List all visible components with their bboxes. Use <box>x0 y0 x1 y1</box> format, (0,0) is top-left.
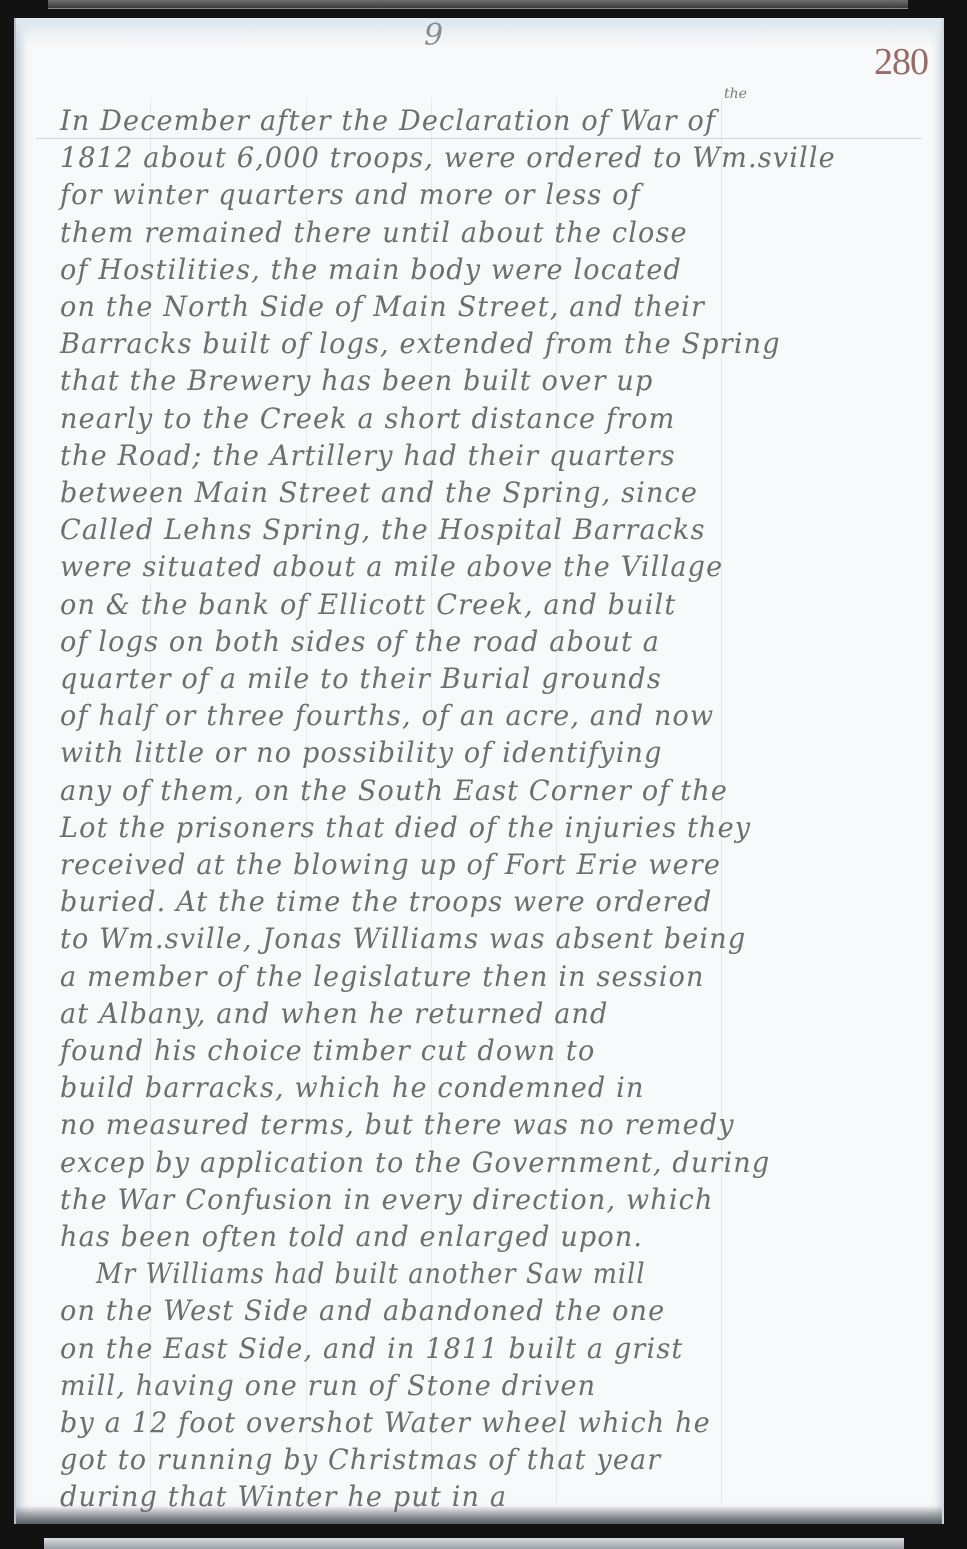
manuscript-line: any of them, on the South East Corner of… <box>60 772 910 809</box>
manuscript-line: on & the bank of Ellicott Creek, and bui… <box>60 586 910 623</box>
manuscript-line: of logs on both sides of the road about … <box>60 623 910 660</box>
manuscript-line: buried. At the time the troops were orde… <box>60 883 910 920</box>
adjacent-page-edge-top <box>48 0 908 9</box>
interlinear-insertion: the <box>724 86 747 102</box>
manuscript-line: during that Winter he put in a <box>60 1478 910 1515</box>
page-number: 280 <box>874 40 928 84</box>
manuscript-line: of half or three fourths, of an acre, an… <box>60 697 910 734</box>
manuscript-line: a member of the legislature then in sess… <box>60 958 910 995</box>
manuscript-line: mill, having one run of Stone driven <box>60 1367 910 1404</box>
manuscript-line: to Wm.sville, Jonas Williams was absent … <box>60 920 910 957</box>
manuscript-line: by a 12 foot overshot Water wheel which … <box>60 1404 910 1441</box>
folio-mark: 9 <box>424 18 443 53</box>
manuscript-line: on the North Side of Main Street, and th… <box>60 288 910 325</box>
manuscript-line: Lot the prisoners that died of the injur… <box>60 809 910 846</box>
manuscript-line: nearly to the Creek a short distance fro… <box>60 400 910 437</box>
manuscript-line: Barracks built of logs, extended from th… <box>60 325 910 362</box>
manuscript-line: received at the blowing up of Fort Erie … <box>60 846 910 883</box>
manuscript-line: 1812 about 6,000 troops, were ordered to… <box>60 139 910 176</box>
manuscript-line: Called Lehns Spring, the Hospital Barrac… <box>60 511 910 548</box>
manuscript-line: at Albany, and when he returned and <box>60 995 910 1032</box>
manuscript-line: between Main Street and the Spring, sinc… <box>60 474 910 511</box>
manuscript-line: build barracks, which he condemned in <box>60 1069 910 1106</box>
manuscript-line: Mr Williams had built another Saw mill <box>96 1255 896 1292</box>
manuscript-line: the War Confusion in every direction, wh… <box>60 1181 910 1218</box>
manuscript-line: the Road; the Artillery had their quarte… <box>60 437 910 474</box>
adjacent-page-edge-bottom <box>44 1538 904 1549</box>
manuscript-line: excep by application to the Government, … <box>60 1144 910 1181</box>
manuscript-line: found his choice timber cut down to <box>60 1032 910 1069</box>
manuscript-page: 9 280 the In December after the Declarat… <box>14 18 944 1524</box>
manuscript-line: on the West Side and abandoned the one <box>60 1292 910 1329</box>
manuscript-line: for winter quarters and more or less of <box>60 176 910 213</box>
manuscript-line: no measured terms, but there was no reme… <box>60 1106 910 1143</box>
manuscript-line: that the Brewery has been built over up <box>60 362 910 399</box>
manuscript-line: on the East Side, and in 1811 built a gr… <box>60 1330 910 1367</box>
manuscript-line: were situated about a mile above the Vil… <box>60 548 910 585</box>
manuscript-line: of Hostilities, the main body were locat… <box>60 251 910 288</box>
manuscript-line: with little or no possibility of identif… <box>60 734 910 771</box>
manuscript-line: In December after the Declaration of War… <box>60 102 910 139</box>
manuscript-line: them remained there until about the clos… <box>60 214 910 251</box>
manuscript-line: got to running by Christmas of that year <box>60 1441 910 1478</box>
manuscript-line: has been often told and enlarged upon. <box>60 1218 910 1255</box>
manuscript-line: quarter of a mile to their Burial ground… <box>60 660 910 697</box>
